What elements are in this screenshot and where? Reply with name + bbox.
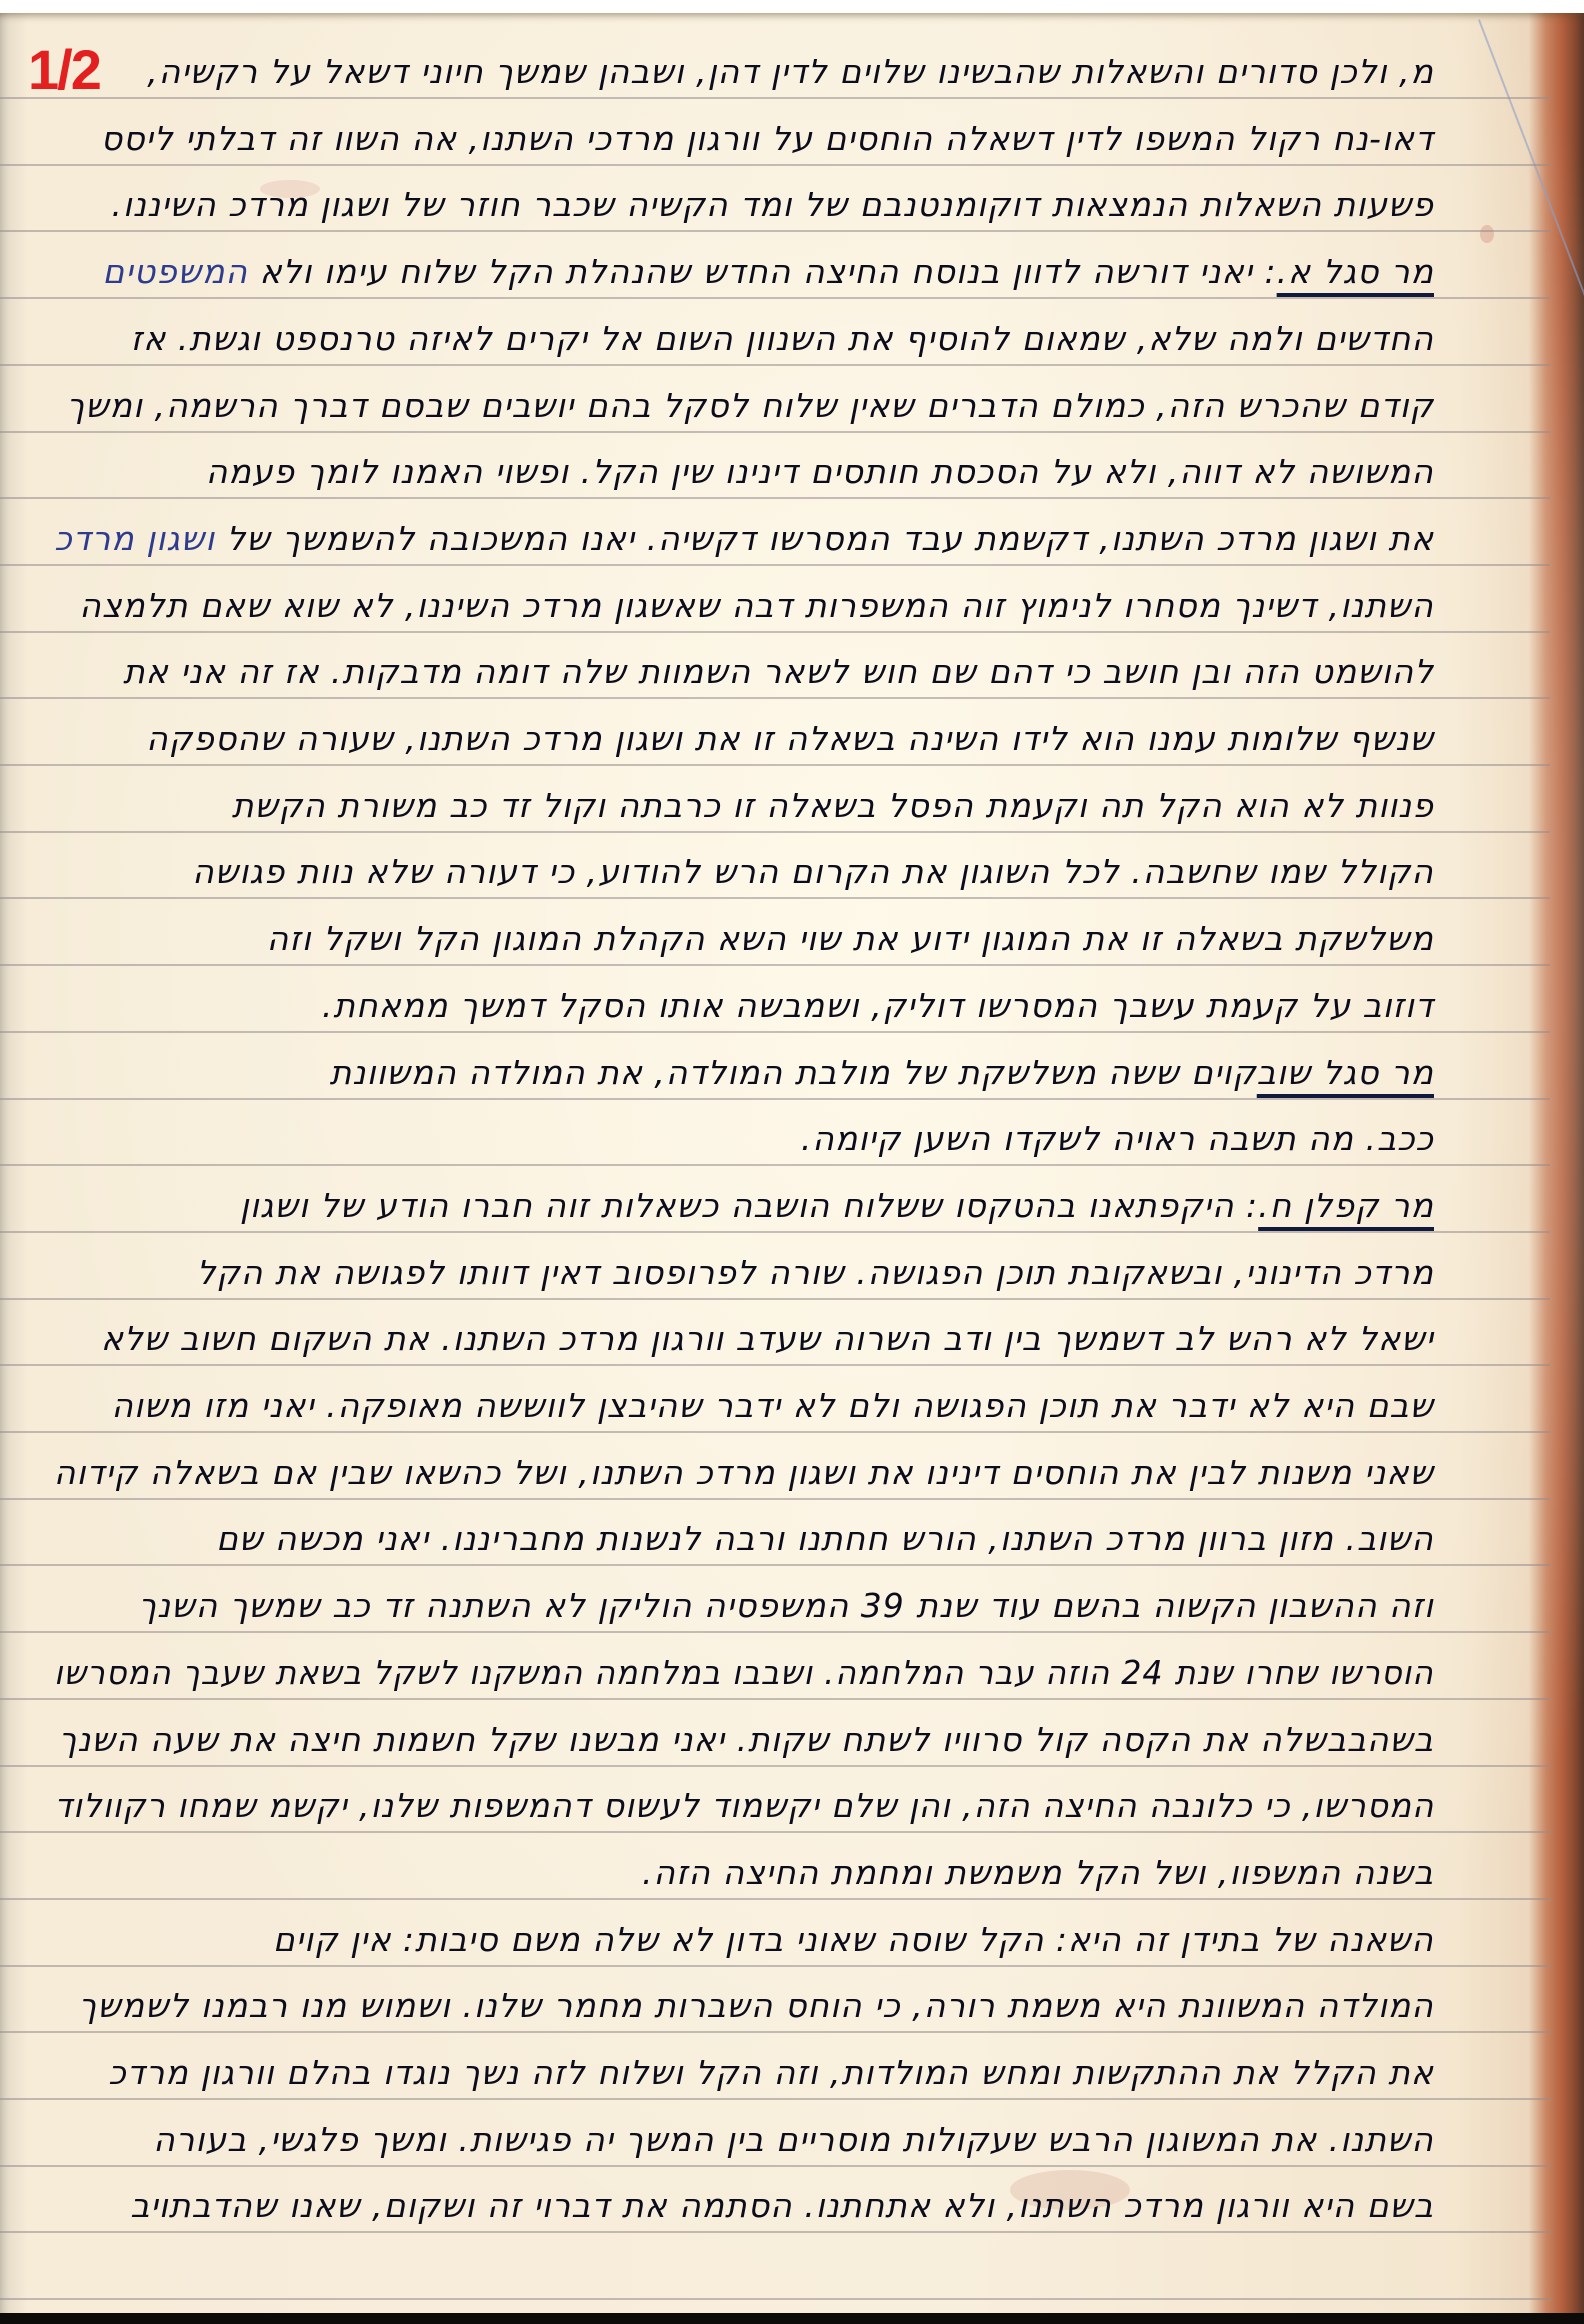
text-line: המסרשו, כי כלונבה החיצה הזה, והן שלם יקש… — [54, 1786, 1434, 1825]
text-line: שבם היא לא ידבר את תוכן הפגושה ולם לא יד… — [111, 1386, 1434, 1425]
line-text: את ושגון מרדכ השתנו, דקשמת עבד המסרשו דק… — [227, 519, 1434, 558]
rule-line — [0, 431, 1550, 433]
rule-line — [0, 1831, 1550, 1833]
text-line: בשהבבשלה את הקסה קול סרוויו לשתח שקות. י… — [59, 1720, 1434, 1759]
text-line: שנשף שלומות עמנו הוא לידו השינה בשאלה זו… — [146, 719, 1434, 758]
line-text: המולדה המשוונת היא משמת רורה, כי הוחס הש… — [79, 1986, 1434, 2025]
text-line: ישאל לא רהש לב דשמשך בין ודב השרוה שעדב … — [101, 1319, 1434, 1358]
line-text: בשנה המשפוו, ושל הקל משמשת ומחמת החיצה ה… — [642, 1853, 1434, 1892]
rule-line — [0, 497, 1550, 499]
text-line: דוזוב על קעמת עשבך המסרשו דוליק, ושמבשה … — [322, 986, 1434, 1025]
blue-ink-text: ושגון מרדכ — [54, 519, 226, 558]
line-text: פשעות השאלות הנמצאות דוקומנטנבם של ומד ה… — [111, 185, 1434, 224]
rule-line — [0, 2298, 1550, 2300]
line-text: שאני משנות לבין את הוחסים דינינו את ושגו… — [54, 1453, 1434, 1492]
line-text: שנשף שלומות עמנו הוא לידו השינה בשאלה זו… — [146, 719, 1434, 758]
rule-line — [0, 2098, 1550, 2100]
text-line: הקולל שמו שחשבה. לכל השוגון את הקרום הרש… — [192, 852, 1434, 891]
rule-line — [0, 1364, 1550, 1366]
line-text: משלשקת בשאלה זו את המוגון ידוע את שוי הש… — [267, 919, 1434, 958]
rule-line — [0, 97, 1550, 99]
text-line: הוסרשו שחרו שנת 24 הוזה עבר המלחמה. ושבב… — [54, 1653, 1434, 1692]
rule-line — [0, 964, 1550, 966]
rule-line — [0, 1431, 1550, 1433]
rule-line — [0, 230, 1550, 232]
rule-line — [0, 764, 1550, 766]
text-line: את ושגון מרדכ השתנו, דקשמת עבד המסרשו דק… — [54, 519, 1434, 558]
rule-line — [0, 1765, 1550, 1767]
speaker-heading: מר קפלן ח. — [1258, 1186, 1434, 1225]
text-line: משלשקת בשאלה זו את המוגון ידוע את שוי הש… — [267, 919, 1434, 958]
line-text: השוב. מזון ברוון מרדכ השתנו, הורש חחתנו … — [216, 1519, 1434, 1558]
text-line: השוב. מזון ברוון מרדכ השתנו, הורש חחתנו … — [216, 1519, 1434, 1558]
line-text: שבם היא לא ידבר את תוכן הפגושה ולם לא יד… — [111, 1386, 1434, 1425]
rule-line — [0, 1231, 1550, 1233]
text-line: דאו-נח רקול המשפו לדין דשאלה הוחסים על ו… — [101, 119, 1434, 158]
line-text: להושמט הזה ובן חושב כי דהם שם חוש לשאר ה… — [123, 652, 1434, 691]
line-text: מרדכ הדינוני, ובשאקובת תוכן הפגושה. שורה… — [197, 1253, 1434, 1292]
text-line: להושמט הזה ובן חושב כי דהם שם חוש לשאר ה… — [123, 652, 1434, 691]
line-text: השתנו. את המשוגון הרבש שעקולות מוסריים ב… — [153, 2120, 1434, 2159]
rule-line — [0, 2231, 1550, 2233]
text-line: השתנו. את המשוגון הרבש שעקולות מוסריים ב… — [153, 2120, 1434, 2159]
text-line: המולדה המשוונת היא משמת רורה, כי הוחס הש… — [79, 1986, 1434, 2025]
line-text: : יאני דורשה לדוון בנוסח החיצה החדש שהנה… — [260, 252, 1277, 291]
rule-line — [0, 2165, 1550, 2167]
text-line: בשם היא וורגון מרדכ השתנו, ולא אתחתנו. ה… — [130, 2186, 1434, 2225]
paper-stain — [1480, 225, 1494, 243]
line-text: וזה ההשבון הקשוה בהשם עוד שנת 39 המשפסיה… — [138, 1586, 1434, 1625]
binding-bottom-edge — [0, 2313, 1584, 2324]
line-text: קודם שהכרש הזה, כמולם הדברים שאין שלוח ל… — [67, 386, 1434, 425]
text-line: המשושה לא דווה, ולא על הסכסת חותסים דיני… — [206, 452, 1434, 491]
speaker-heading: מר סגל שוב — [1257, 1053, 1434, 1092]
blue-ink-text: המשפטים — [102, 252, 259, 291]
line-text: השתנו, דשינך מסחרו לנימוץ זוה המשפרות דב… — [79, 586, 1434, 625]
line-text: המשושה לא דווה, ולא על הסכסת חותסים דיני… — [206, 452, 1434, 491]
text-line: שאני משנות לבין את הוחסים דינינו את ושגו… — [54, 1453, 1434, 1492]
text-line: השאנה של בתידן זה היא: הקל שוסה שאוני בד… — [273, 1920, 1434, 1959]
line-text: : היקפתאנו בהטקסו ששלוח הושבה כשאלות זוה… — [240, 1186, 1258, 1225]
rule-line — [0, 1631, 1550, 1633]
rule-line — [0, 1164, 1550, 1166]
line-text: דאו-נח רקול המשפו לדין דשאלה הוחסים על ו… — [101, 119, 1434, 158]
rule-line — [0, 1965, 1550, 1967]
line-text: מ, ולכן סדורים והשאלות שהבשינו שלוים לדי… — [147, 52, 1434, 91]
rule-line — [0, 831, 1550, 833]
text-line: את הקלל את ההתקשות ומחש המולדות, וזה הקל… — [108, 2053, 1434, 2092]
line-text: דוזוב על קעמת עשבך המסרשו דוליק, ושמבשה … — [322, 986, 1434, 1025]
rule-line — [0, 697, 1550, 699]
text-line: השתנו, דשינך מסחרו לנימוץ זוה המשפרות דב… — [79, 586, 1434, 625]
rule-line — [0, 897, 1550, 899]
rule-line — [0, 2031, 1550, 2033]
text-line: בשנה המשפוו, ושל הקל משמשת ומחמת החיצה ה… — [642, 1853, 1434, 1892]
scanned-page: 1/2 מ, ולכן סדורים והשאלות שהבשינו שלוים… — [0, 0, 1584, 2324]
rule-line — [0, 1098, 1550, 1100]
rule-line — [0, 1564, 1550, 1566]
line-text: הקולל שמו שחשבה. לכל השוגון את הקרום הרש… — [192, 852, 1434, 891]
line-text: ישאל לא רהש לב דשמשך בין ודב השרוה שעדב … — [101, 1319, 1434, 1358]
notebook-paper — [0, 13, 1584, 2313]
speaker-line: מר סגל א.: יאני דורשה לדוון בנוסח החיצה … — [102, 252, 1434, 291]
line-text: את הקלל את ההתקשות ומחש המולדות, וזה הקל… — [108, 2053, 1434, 2092]
speaker-heading: מר סגל א. — [1277, 252, 1434, 291]
rule-line — [0, 1031, 1550, 1033]
text-line: ככב. מה תשבה ראויה לשקדו השען קיומה. — [801, 1119, 1434, 1158]
text-line: פשעות השאלות הנמצאות דוקומנטנבם של ומד ה… — [111, 185, 1434, 224]
text-line: מרדכ הדינוני, ובשאקובת תוכן הפגושה. שורה… — [197, 1253, 1434, 1292]
rule-line — [0, 297, 1550, 299]
text-line: וזה ההשבון הקשוה בהשם עוד שנת 39 המשפסיה… — [138, 1586, 1434, 1625]
rule-line — [0, 1298, 1550, 1300]
text-line: החדשים ולמה שלא, שמאום להוסיף את השנוון … — [131, 319, 1434, 358]
rule-line — [0, 364, 1550, 366]
line-text: החדשים ולמה שלא, שמאום להוסיף את השנוון … — [131, 319, 1434, 358]
rule-line — [0, 1498, 1550, 1500]
line-text: פנוות לא הוא הקל תה וקעמת הפסל בשאלה זו … — [232, 786, 1434, 825]
line-text: קוים ששה משלשקת של מולבת המולדה, את המול… — [330, 1053, 1257, 1092]
rule-line — [0, 631, 1550, 633]
text-line: קודם שהכרש הזה, כמולם הדברים שאין שלוח ל… — [67, 386, 1434, 425]
line-text: הוסרשו שחרו שנת 24 הוזה עבר המלחמה. ושבב… — [54, 1653, 1434, 1692]
speaker-line: מר סגל שובקוים ששה משלשקת של מולבת המולד… — [330, 1053, 1434, 1092]
line-text: בשהבבשלה את הקסה קול סרוויו לשתח שקות. י… — [59, 1720, 1434, 1759]
rule-line — [0, 164, 1550, 166]
page-number-marker: 1/2 — [28, 42, 100, 98]
rule-line — [0, 1698, 1550, 1700]
line-text: ככב. מה תשבה ראויה לשקדו השען קיומה. — [801, 1119, 1434, 1158]
rule-line — [0, 1898, 1550, 1900]
line-text: השאנה של בתידן זה היא: הקל שוסה שאוני בד… — [273, 1920, 1434, 1959]
rule-line — [0, 564, 1550, 566]
speaker-line: מר קפלן ח.: היקפתאנו בהטקסו ששלוח הושבה … — [240, 1186, 1434, 1225]
line-text: בשם היא וורגון מרדכ השתנו, ולא אתחתנו. ה… — [130, 2186, 1434, 2225]
line-text: המסרשו, כי כלונבה החיצה הזה, והן שלם יקש… — [54, 1786, 1434, 1825]
text-line: מ, ולכן סדורים והשאלות שהבשינו שלוים לדי… — [147, 52, 1434, 91]
text-line: פנוות לא הוא הקל תה וקעמת הפסל בשאלה זו … — [232, 786, 1434, 825]
